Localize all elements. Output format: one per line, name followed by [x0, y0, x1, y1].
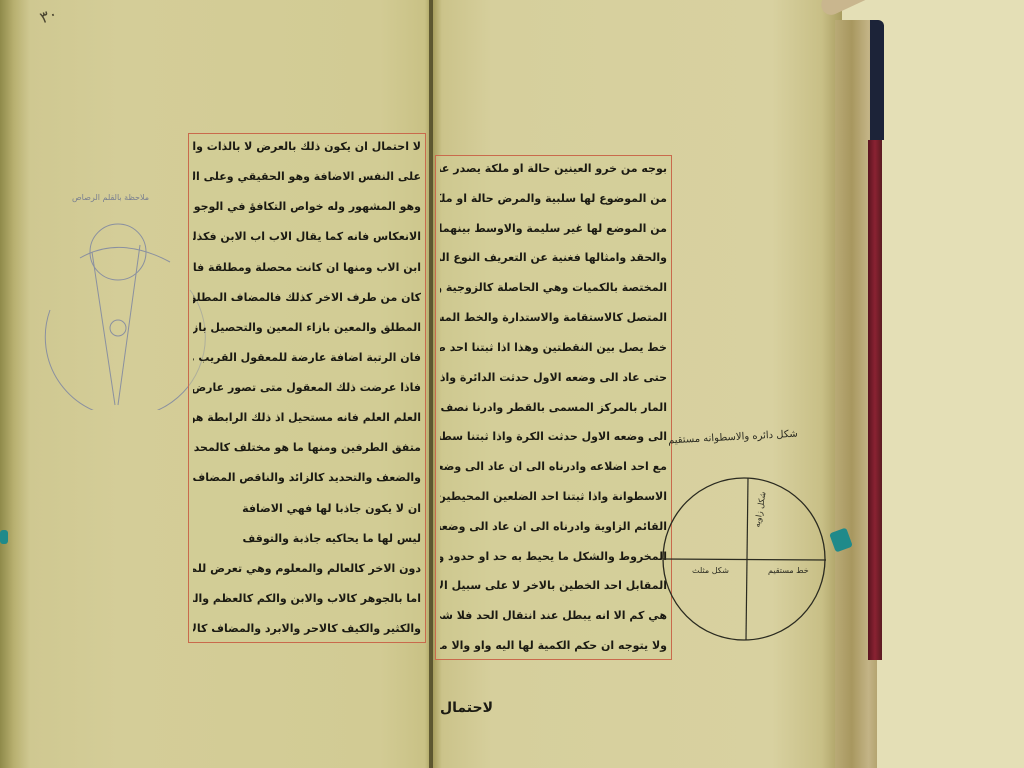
text-line: العلم العلم فانه مستحيل اذ ذلك الرابطة ه… — [193, 411, 421, 425]
text-line: ابن الاب ومنها ان كانت محصلة ومطلقة فاحد… — [193, 261, 421, 275]
text-line: اما بالجوهر كالاب والابن والكم كالعظم وا… — [193, 592, 421, 606]
text-line: حتى عاد الى وضعه الاول حدثت الدائرة واذا… — [440, 371, 667, 385]
pencil-margin-note: ملاحظة بالقلم الرصاص — [72, 193, 149, 202]
text-line: متفق الطرفين ومنها ما هو مختلف كالمحدود — [193, 441, 421, 455]
text-line: المخروط والشكل ما يحيط به حد او حدود وال… — [440, 550, 667, 564]
text-line: على النفس الاضافة وهو الحقيقي وعلى المرك… — [193, 170, 421, 184]
text-line: المقابل احد الخطين بالاخر لا على سبيل ال… — [440, 579, 667, 593]
tab-stain-left — [0, 530, 8, 544]
text-line: الانعكاس فانه كما يقال الاب اب الابن فكذ… — [193, 230, 421, 244]
quadrant-label-line: خط مستقيم — [768, 566, 809, 575]
text-line: بوجه من خرو العينين حالة او ملكة يصدر عن… — [440, 162, 667, 176]
text-line: لا احتمال ان يكون ذلك بالعرض لا بالذات و… — [193, 140, 421, 154]
pencil-diagram-icon — [30, 180, 210, 410]
text-line: مع احد اضلاعه وادرناه الى ان عاد الى وضع… — [440, 460, 667, 474]
text-line: فان الرتبة اضافة عارضة للمعقول القريب مل… — [193, 351, 421, 365]
text-line: ان لا يكون جاذبا لها فهي الاضافة — [193, 502, 421, 516]
text-line: والضعف والتحديد كالزائد والناقص المضاف — [193, 471, 421, 485]
right-text-lines: بوجه من خرو العينين حالة او ملكة يصدر عن… — [440, 162, 667, 653]
quadrant-label-triangle: شكل مثلث — [692, 566, 729, 575]
text-line: القائم الزاوية وادرناه الى ان عاد الى وض… — [440, 520, 667, 534]
text-line: والكثير والكيف كالاحر والابرد والمضاف كا… — [193, 622, 421, 636]
text-line: المار بالمركز المسمى بالقطر وادرنا نصف ا… — [440, 401, 667, 415]
cover-edge-dark — [870, 20, 884, 140]
left-text-lines: لا احتمال ان يكون ذلك بالعرض لا بالذات و… — [193, 140, 421, 636]
text-line: وهو المشهور وله خواص التكافؤ في الوجود و… — [193, 200, 421, 214]
cover-edge-red — [868, 140, 882, 660]
text-line: من الموضع لها غير سليمة والاوسط بينهما و… — [440, 222, 667, 236]
text-line: والحقد وامثالها فغنية عن التعريف النوع ا… — [440, 251, 667, 265]
text-line: خط يصل بين النقطتين وهذا اذا ثبتنا احد ط… — [440, 341, 667, 355]
text-line: الاسطوانة واذا ثبتنا احد الضلعين المحيطي… — [440, 490, 667, 504]
text-line: فاذا عرضت ذلك المعقول متى تصور عارض للرت… — [193, 381, 421, 395]
text-line: ولا يتوجه ان حكم الكمية لها اليه واو وال… — [440, 639, 667, 653]
text-line: ليس لها ما يحاكيه جاذبة والتوقف — [193, 532, 421, 546]
right-text-block: بوجه من خرو العينين حالة او ملكة يصدر عن… — [435, 155, 672, 660]
left-text-block: لا احتمال ان يكون ذلك بالعرض لا بالذات و… — [188, 133, 426, 643]
text-line: الى وضعه الاول حدثت الكرة واذا ثبتنا سطح… — [440, 430, 667, 444]
book-gutter — [429, 0, 433, 768]
text-line: المطلق والمعين بازاء المعين والتحصيل باز… — [193, 321, 421, 335]
text-line: المتصل كالاستقامة والاستدارة والخط المست… — [440, 311, 667, 325]
text-line: من الموضوع لها سلبية والمرض حالة او ملكة… — [440, 192, 667, 206]
circle-diagram-icon — [660, 470, 830, 650]
text-line: دون الاخر كالعالم والمعلوم وهي تعرض للمع… — [193, 562, 421, 576]
text-line: المختصة بالكميات وهي الحاصلة كالزوجية وا… — [440, 281, 667, 295]
text-line: كان من طرف الاخر كذلك فالمضاف المطلق مطل… — [193, 291, 421, 305]
catchword: لاحتمال — [440, 700, 493, 716]
text-line: هي كم الا انه يبطل عند انتقال الحد فلا ش… — [440, 609, 667, 623]
